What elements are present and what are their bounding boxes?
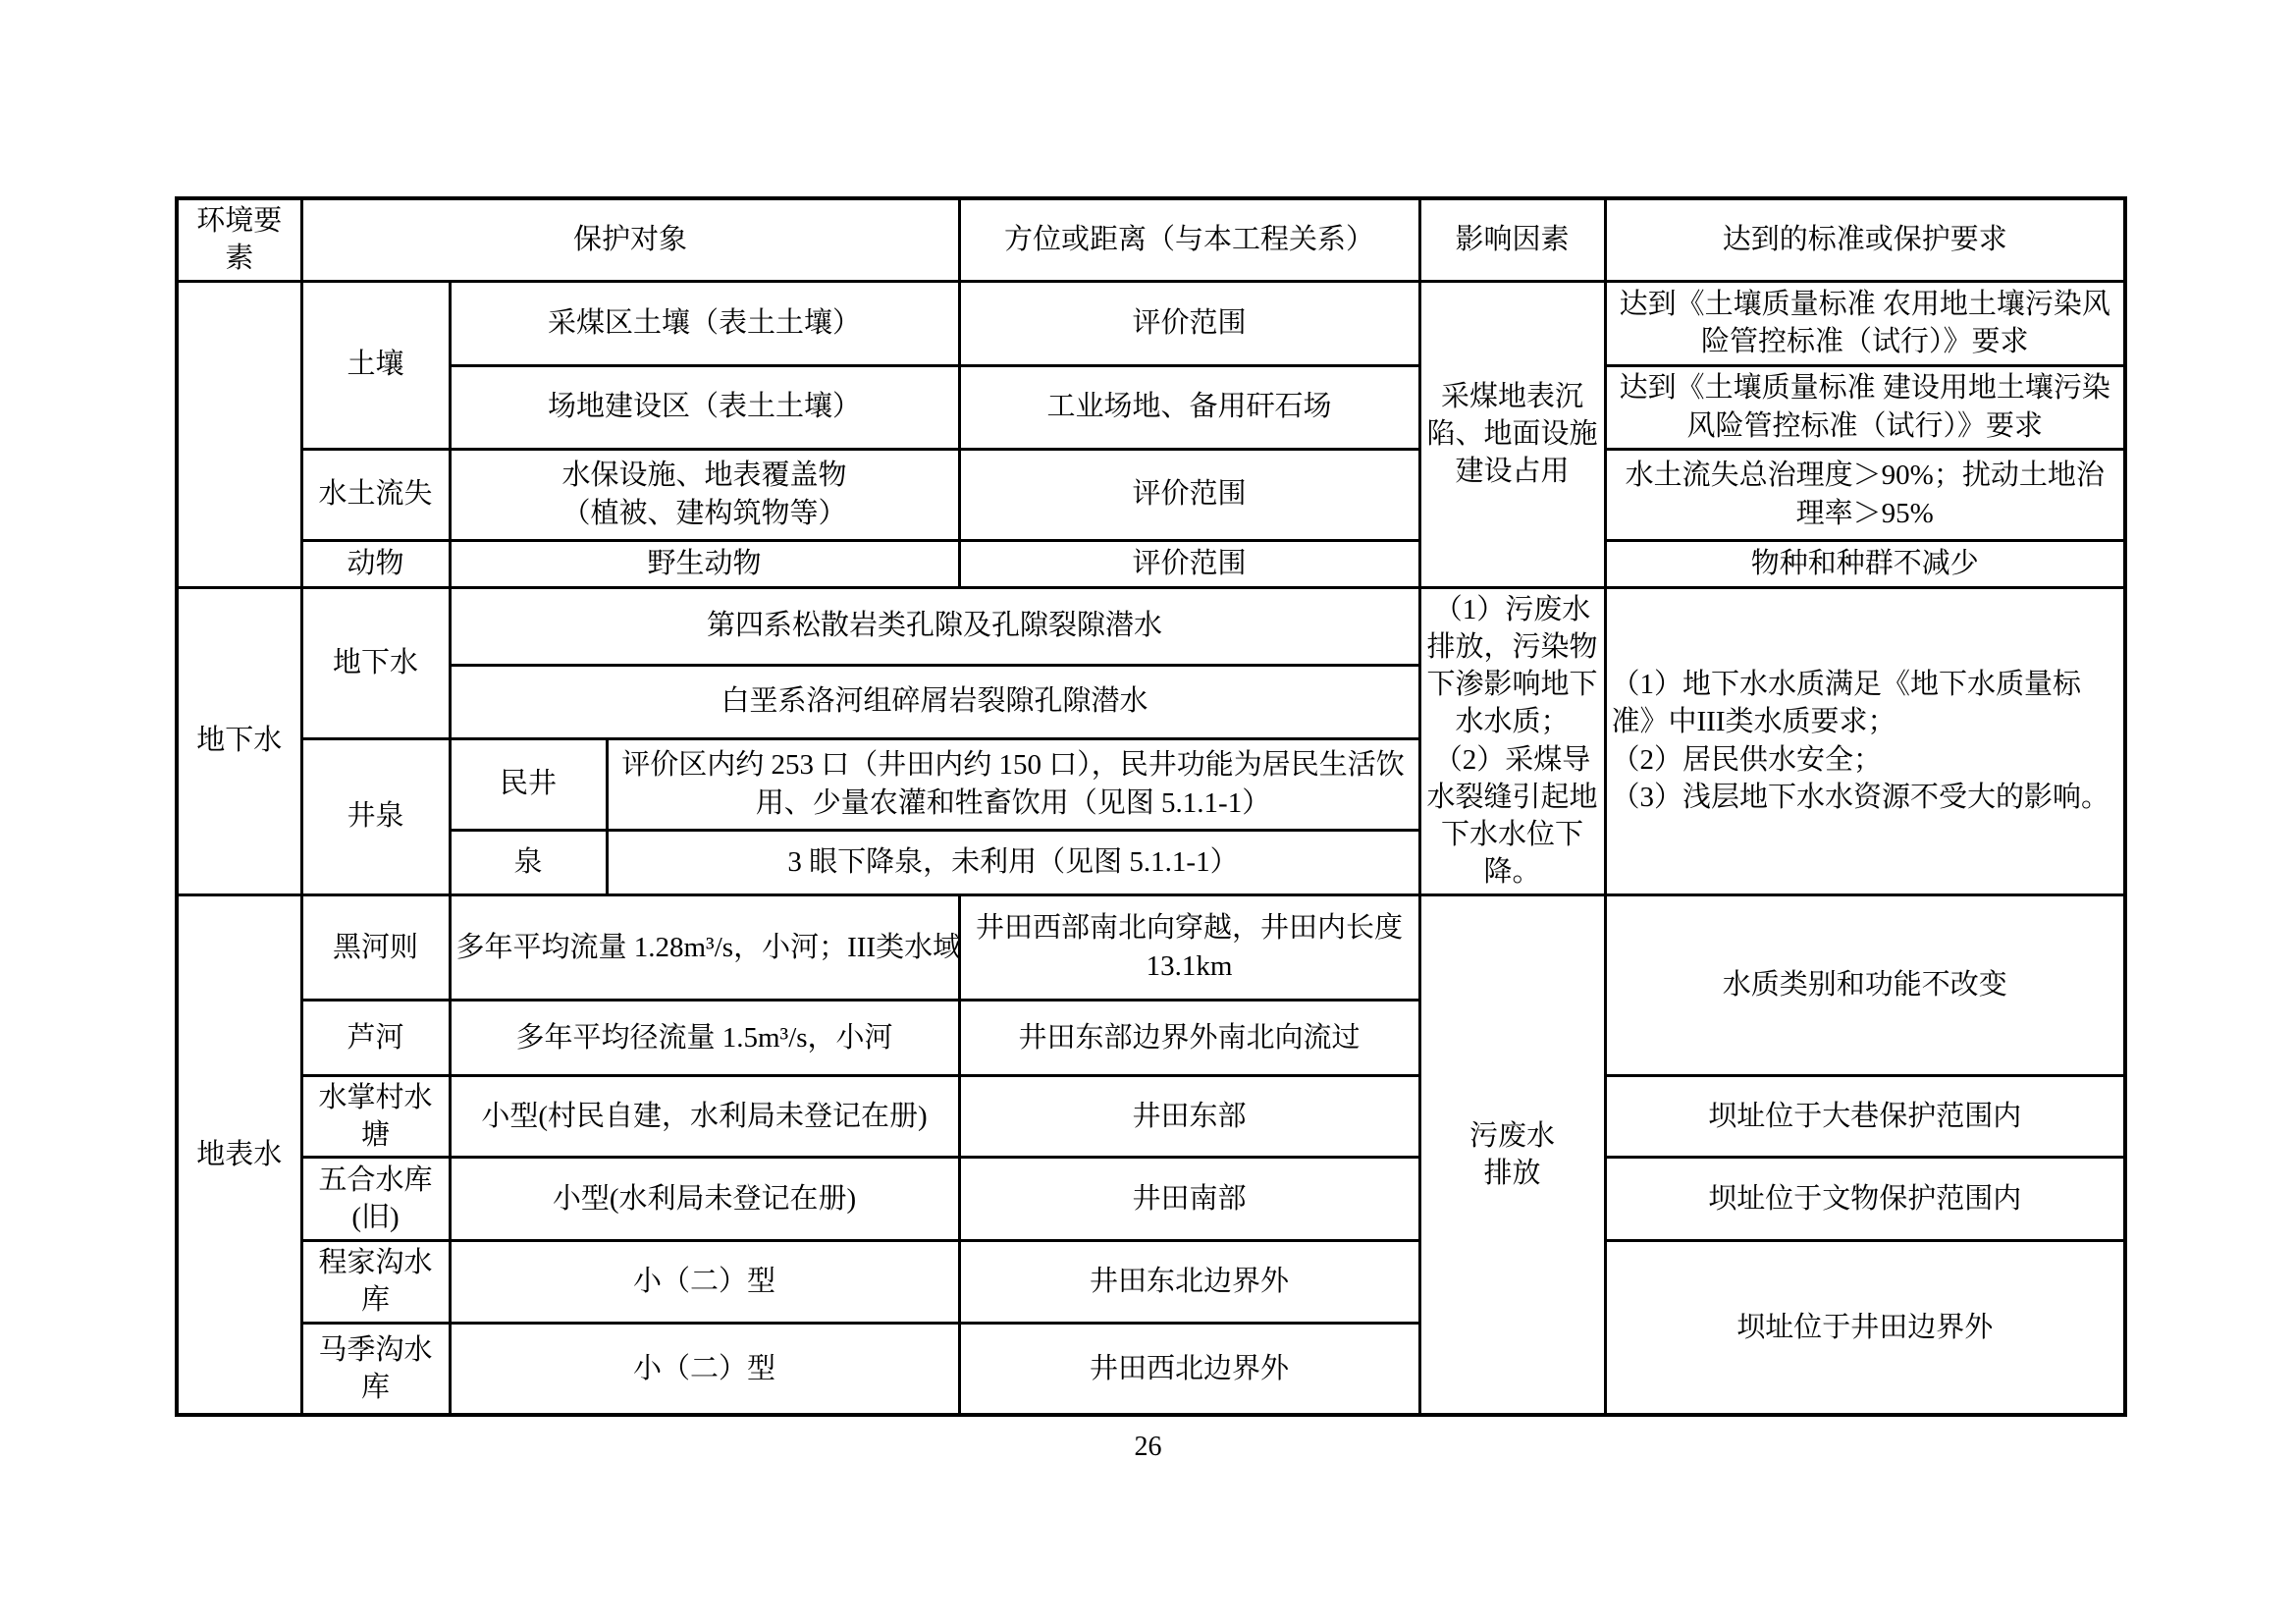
row-label: 水掌村水塘 [301, 1075, 450, 1158]
object-cell: 白垩系洛河组碎屑岩裂隙孔隙潜水 [450, 665, 1419, 738]
env-element-groundwater: 地下水 [177, 587, 301, 894]
object-cell: 多年平均径流量 1.5m³/s，小河 [450, 1000, 959, 1075]
position-cell: 井田西部南北向穿越，井田内长度 13.1km [959, 894, 1419, 1000]
row-label: 五合水库(旧) [301, 1158, 450, 1241]
header-protect-object: 保护对象 [301, 198, 959, 281]
page-number: 26 [0, 1432, 2296, 1463]
environment-protection-table: 环境要素 保护对象 方位或距离（与本工程关系） 影响因素 达到的标准或保护要求 … [175, 196, 2127, 1417]
object-cell: 小型(水利局未登记在册) [450, 1158, 959, 1241]
factor-cell-soil-section: 采煤地表沉陷、地面设施建设占用 [1419, 281, 1605, 587]
row-construction-area-soil: 场地建设区（表土土壤） 工业场地、备用矸石场 达到《土壤质量标准 建设用地土壤污… [177, 365, 2125, 449]
groundwater-group-label: 地下水 [301, 587, 450, 738]
standard-item: （1）地下水水质满足《地下水质量标准》中III类水质要求； [1612, 666, 2119, 741]
standard-cell: 水质类别和功能不改变 [1605, 894, 2125, 1075]
row-chengjiagou-reservoir: 程家沟水库 小（二）型 井田东北边界外 坝址位于井田边界外 [177, 1241, 2125, 1324]
spring-sub-label: 泉 [450, 830, 607, 894]
row-soil-erosion: 水土流失 水保设施、地表覆盖物 （植被、建构筑物等） 评价范围 水土流失总治理度… [177, 449, 2125, 540]
row-shuizhang-pond: 水掌村水塘 小型(村民自建，水利局未登记在册) 井田东部 坝址位于大巷保护范围内 [177, 1075, 2125, 1158]
header-impact-factor: 影响因素 [1419, 198, 1605, 281]
factor-item: （2）采煤导水裂缝引起地下水水位下降。 [1426, 741, 1599, 892]
object-cell: 小（二）型 [450, 1241, 959, 1324]
wellspring-group-label: 井泉 [301, 738, 450, 894]
standard-cell: 坝址位于文物保护范围内 [1605, 1158, 2125, 1241]
factor-cell-surface-water-section: 污废水 排放 [1419, 894, 1605, 1415]
row-wuhe-reservoir: 五合水库(旧) 小型(水利局未登记在册) 井田南部 坝址位于文物保护范围内 [177, 1158, 2125, 1241]
standard-cell: 水土流失总治理度＞90%；扰动土地治理率＞95% [1605, 449, 2125, 540]
document-page: 环境要素 保护对象 方位或距离（与本工程关系） 影响因素 达到的标准或保护要求 … [0, 0, 2296, 1624]
standard-cell: 达到《土壤质量标准 建设用地土壤污染风险管控标准（试行）》要求 [1605, 365, 2125, 449]
factor-item: （1）污废水排放，污染物下渗影响地下水水质； [1426, 591, 1599, 741]
position-cell: 工业场地、备用矸石场 [959, 365, 1419, 449]
position-cell: 井田南部 [959, 1158, 1419, 1241]
object-cell: 多年平均流量 1.28m³/s，小河；III类水域 [450, 894, 959, 1000]
env-element-surface-water: 地表水 [177, 894, 301, 1415]
position-cell: 井田东部边界外南北向流过 [959, 1000, 1419, 1075]
row-label: 马季沟水库 [301, 1323, 450, 1415]
row-label: 黑河则 [301, 894, 450, 1000]
object-cell: 小（二）型 [450, 1323, 959, 1415]
standard-cell-groundwater-section: （1）地下水水质满足《地下水质量标准》中III类水质要求； （2）居民供水安全；… [1605, 587, 2125, 894]
standard-cell: 达到《土壤质量标准 农用地土壤污染风险管控标准（试行）》要求 [1605, 281, 2125, 365]
env-element-blank-cell [177, 281, 301, 587]
object-cell: 评价区内约 253 口（井田内约 150 口），民井功能为居民生活饮用、少量农灌… [607, 738, 1419, 830]
soil-group-label: 土壤 [301, 281, 450, 449]
header-standard-requirement: 达到的标准或保护要求 [1605, 198, 2125, 281]
position-cell: 井田西北边界外 [959, 1323, 1419, 1415]
header-row: 环境要素 保护对象 方位或距离（与本工程关系） 影响因素 达到的标准或保护要求 [177, 198, 2125, 281]
animal-group-label: 动物 [301, 540, 450, 587]
object-cell: 野生动物 [450, 540, 959, 587]
row-label: 芦河 [301, 1000, 450, 1075]
object-cell: 场地建设区（表土土壤） [450, 365, 959, 449]
object-cell: 采煤区土壤（表土土壤） [450, 281, 959, 365]
well-sub-label: 民井 [450, 738, 607, 830]
object-cell: 小型(村民自建，水利局未登记在册) [450, 1075, 959, 1158]
position-cell: 井田东北边界外 [959, 1241, 1419, 1324]
standard-cell: 坝址位于井田边界外 [1605, 1241, 2125, 1416]
standard-cell: 物种和种群不减少 [1605, 540, 2125, 587]
position-cell: 评价范围 [959, 449, 1419, 540]
position-cell: 评价范围 [959, 540, 1419, 587]
row-mining-area-soil: 土壤 采煤区土壤（表土土壤） 评价范围 采煤地表沉陷、地面设施建设占用 达到《土… [177, 281, 2125, 365]
row-heiheze-river: 地表水 黑河则 多年平均流量 1.28m³/s，小河；III类水域 井田西部南北… [177, 894, 2125, 1000]
row-animal: 动物 野生动物 评价范围 物种和种群不减少 [177, 540, 2125, 587]
header-env-element: 环境要素 [177, 198, 301, 281]
standard-item: （2）居民供水安全； [1612, 741, 2119, 779]
standard-item: （3）浅层地下水水资源不受大的影响。 [1612, 779, 2119, 816]
row-quaternary-aquifer: 地下水 地下水 第四系松散岩类孔隙及孔隙裂隙潜水 （1）污废水排放，污染物下渗影… [177, 587, 2125, 665]
erosion-group-label: 水土流失 [301, 449, 450, 540]
standard-cell: 坝址位于大巷保护范围内 [1605, 1075, 2125, 1158]
position-cell: 井田东部 [959, 1075, 1419, 1158]
header-position-distance: 方位或距离（与本工程关系） [959, 198, 1419, 281]
object-cell: 水保设施、地表覆盖物 （植被、建构筑物等） [450, 449, 959, 540]
object-cell: 3 眼下降泉，未利用（见图 5.1.1-1） [607, 830, 1419, 894]
row-label: 程家沟水库 [301, 1241, 450, 1324]
object-cell: 第四系松散岩类孔隙及孔隙裂隙潜水 [450, 587, 1419, 665]
factor-cell-groundwater-section: （1）污废水排放，污染物下渗影响地下水水质； （2）采煤导水裂缝引起地下水水位下… [1419, 587, 1605, 894]
position-cell: 评价范围 [959, 281, 1419, 365]
